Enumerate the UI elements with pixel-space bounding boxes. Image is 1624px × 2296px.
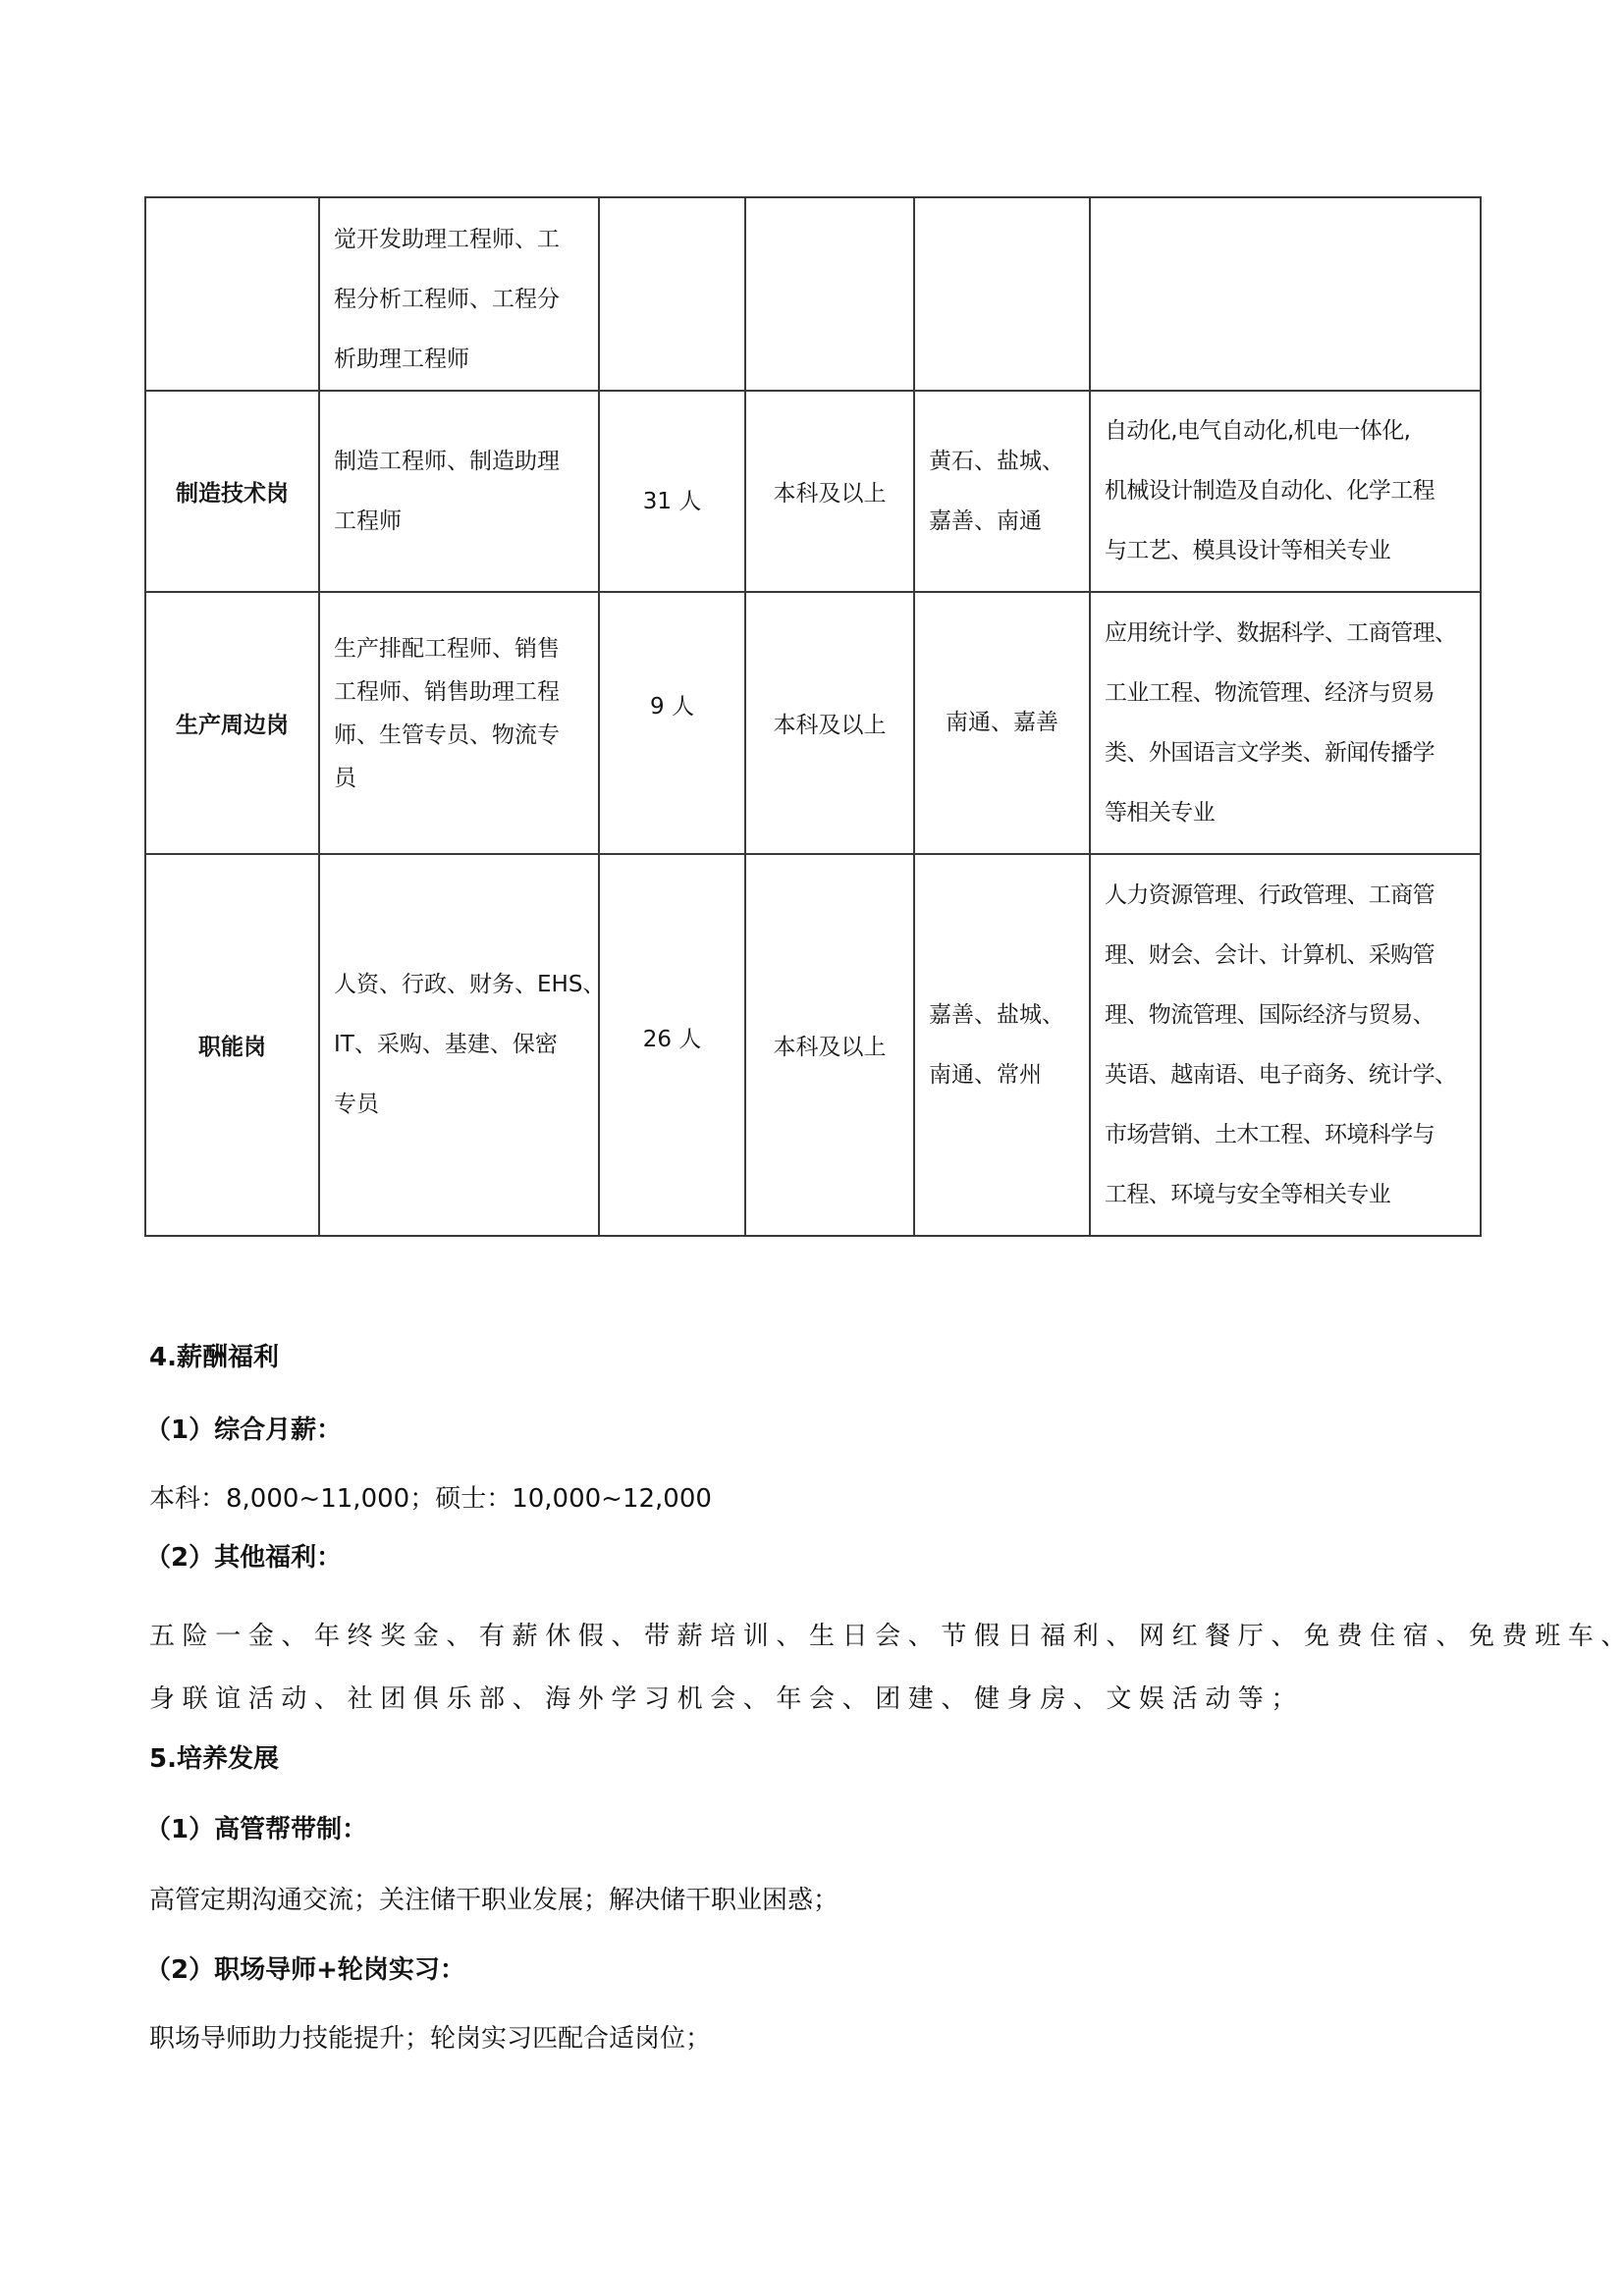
- education-cell: 本科及以上: [745, 854, 914, 1236]
- education-value: 本科及以上: [760, 475, 899, 507]
- job-titles-cell: 觉开发助理工程师、工 程分析工程师、工程分 析助理工程师: [319, 197, 599, 391]
- category-cell: [145, 197, 319, 391]
- job-titles-line: 析助理工程师: [334, 330, 584, 390]
- location-line: 黄石、盐城、: [929, 432, 1075, 492]
- job-titles-line: 人资、行政、财务、EHS、: [334, 955, 584, 1015]
- majors-line: 类、外国语言文学类、新闻传播学: [1105, 723, 1466, 783]
- job-titles-line: 程分析工程师、工程分: [334, 270, 584, 330]
- location-line: 南通、嘉善: [929, 693, 1075, 753]
- majors-cell: [1090, 197, 1481, 391]
- subheading-rotation: （2）职场导师+轮岗实习：: [145, 1949, 465, 1986]
- location-cell: [914, 197, 1090, 391]
- mentorship-text: 高管定期沟通交流；关注储干职业发展；解决储干职业困惑；: [149, 1880, 839, 1916]
- majors-line: 人力资源管理、行政管理、工商管: [1105, 866, 1466, 926]
- majors-line: 与工艺、模具设计等相关专业: [1105, 521, 1466, 581]
- headcount-cell: 26 人: [599, 854, 745, 1236]
- location-cell: 黄石、盐城、 嘉善、南通: [914, 391, 1090, 592]
- job-titles-line: 工程师、销售助理工程: [334, 670, 584, 714]
- salary-text: 本科：8,000~11,000；硕士：10,000~12,000: [149, 1478, 712, 1515]
- positions-table: 觉开发助理工程师、工 程分析工程师、工程分 析助理工程师 制造技术岗 制造工程师…: [144, 196, 1482, 1237]
- subheading-monthly-salary: （1）综合月薪：: [145, 1410, 342, 1446]
- category-cell: 职能岗: [145, 854, 319, 1236]
- education-value: 本科及以上: [760, 1029, 899, 1061]
- headcount-value: 31 人: [614, 483, 731, 515]
- location-line: 南通、常州: [929, 1045, 1075, 1105]
- category-cell: 制造技术岗: [145, 391, 319, 592]
- benefits-text-line: 五险一金、年终奖金、有薪休假、带薪培训、生日会、节假日福利、网红餐厅、免费住宿、…: [149, 1616, 1624, 1652]
- majors-line: 等相关专业: [1105, 783, 1466, 843]
- table-row: 职能岗 人资、行政、财务、EHS、 IT、采购、基建、保密 专员 26 人 本科…: [145, 854, 1481, 1236]
- job-titles-line: IT、采购、基建、保密: [334, 1015, 584, 1075]
- education-cell: [745, 197, 914, 391]
- education-cell: 本科及以上: [745, 391, 914, 592]
- location-cell: 嘉善、盐城、 南通、常州: [914, 854, 1090, 1236]
- location-line: 嘉善、盐城、: [929, 986, 1075, 1045]
- headcount-value: 26 人: [614, 1021, 731, 1053]
- majors-line: 应用统计学、数据科学、工商管理、: [1105, 604, 1466, 664]
- education-value: 本科及以上: [760, 707, 899, 739]
- majors-cell: 人力资源管理、行政管理、工商管 理、财会、会计、计算机、采购管 理、物流管理、国…: [1090, 854, 1481, 1236]
- majors-line: 机械设计制造及自动化、化学工程: [1105, 461, 1466, 521]
- table-row: 觉开发助理工程师、工 程分析工程师、工程分 析助理工程师: [145, 197, 1481, 391]
- majors-line: 工程、环境与安全等相关专业: [1105, 1165, 1466, 1225]
- subheading-mentorship: （1）高管帮带制：: [145, 1809, 367, 1845]
- subheading-other-benefits: （2）其他福利：: [145, 1537, 342, 1574]
- rotation-text: 职场导师助力技能提升；轮岗实习匹配合适岗位；: [149, 2018, 711, 2055]
- headcount-cell: 9 人: [599, 592, 745, 854]
- section-heading-development: 5.培养发展: [149, 1738, 279, 1775]
- majors-line: 市场营销、土木工程、环境科学与: [1105, 1105, 1466, 1165]
- headcount-cell: [599, 197, 745, 391]
- majors-line: 英语、越南语、电子商务、统计学、: [1105, 1045, 1466, 1105]
- majors-cell: 自动化,电气自动化,机电一体化, 机械设计制造及自动化、化学工程 与工艺、模具设…: [1090, 391, 1481, 592]
- location-cell: 南通、嘉善: [914, 592, 1090, 854]
- majors-line: 工业工程、物流管理、经济与贸易: [1105, 664, 1466, 723]
- job-titles-line: 师、生管专员、物流专: [334, 714, 584, 757]
- job-titles-line: 生产排配工程师、销售: [334, 627, 584, 670]
- headcount-cell: 31 人: [599, 391, 745, 592]
- job-titles-line: 制造工程师、制造助理: [334, 432, 584, 492]
- benefits-text-line: 身联谊活动、社团俱乐部、海外学习机会、年会、团建、健身房、文娱活动等；: [149, 1679, 1304, 1715]
- job-titles-line: 工程师: [334, 492, 584, 552]
- majors-line: 理、财会、会计、计算机、采购管: [1105, 926, 1466, 986]
- job-titles-line: 员: [334, 757, 584, 800]
- category-cell: 生产周边岗: [145, 592, 319, 854]
- job-titles-cell: 生产排配工程师、销售 工程师、销售助理工程 师、生管专员、物流专 员: [319, 592, 599, 854]
- table-row: 生产周边岗 生产排配工程师、销售 工程师、销售助理工程 师、生管专员、物流专 员…: [145, 592, 1481, 854]
- job-titles-cell: 人资、行政、财务、EHS、 IT、采购、基建、保密 专员: [319, 854, 599, 1236]
- document-page: 觉开发助理工程师、工 程分析工程师、工程分 析助理工程师 制造技术岗 制造工程师…: [0, 0, 1624, 2296]
- job-titles-line: 觉开发助理工程师、工: [334, 210, 584, 270]
- headcount-value: 9 人: [614, 688, 731, 721]
- job-titles-line: 专员: [334, 1075, 584, 1135]
- location-line: 嘉善、南通: [929, 492, 1075, 552]
- table-row: 制造技术岗 制造工程师、制造助理 工程师 31 人 本科及以上 黄石、盐城、 嘉…: [145, 391, 1481, 592]
- majors-cell: 应用统计学、数据科学、工商管理、 工业工程、物流管理、经济与贸易 类、外国语言文…: [1090, 592, 1481, 854]
- majors-line: 理、物流管理、国际经济与贸易、: [1105, 986, 1466, 1045]
- majors-line: 自动化,电气自动化,机电一体化,: [1105, 401, 1466, 461]
- job-titles-cell: 制造工程师、制造助理 工程师: [319, 391, 599, 592]
- education-cell: 本科及以上: [745, 592, 914, 854]
- section-heading-compensation: 4.薪酬福利: [149, 1337, 279, 1373]
